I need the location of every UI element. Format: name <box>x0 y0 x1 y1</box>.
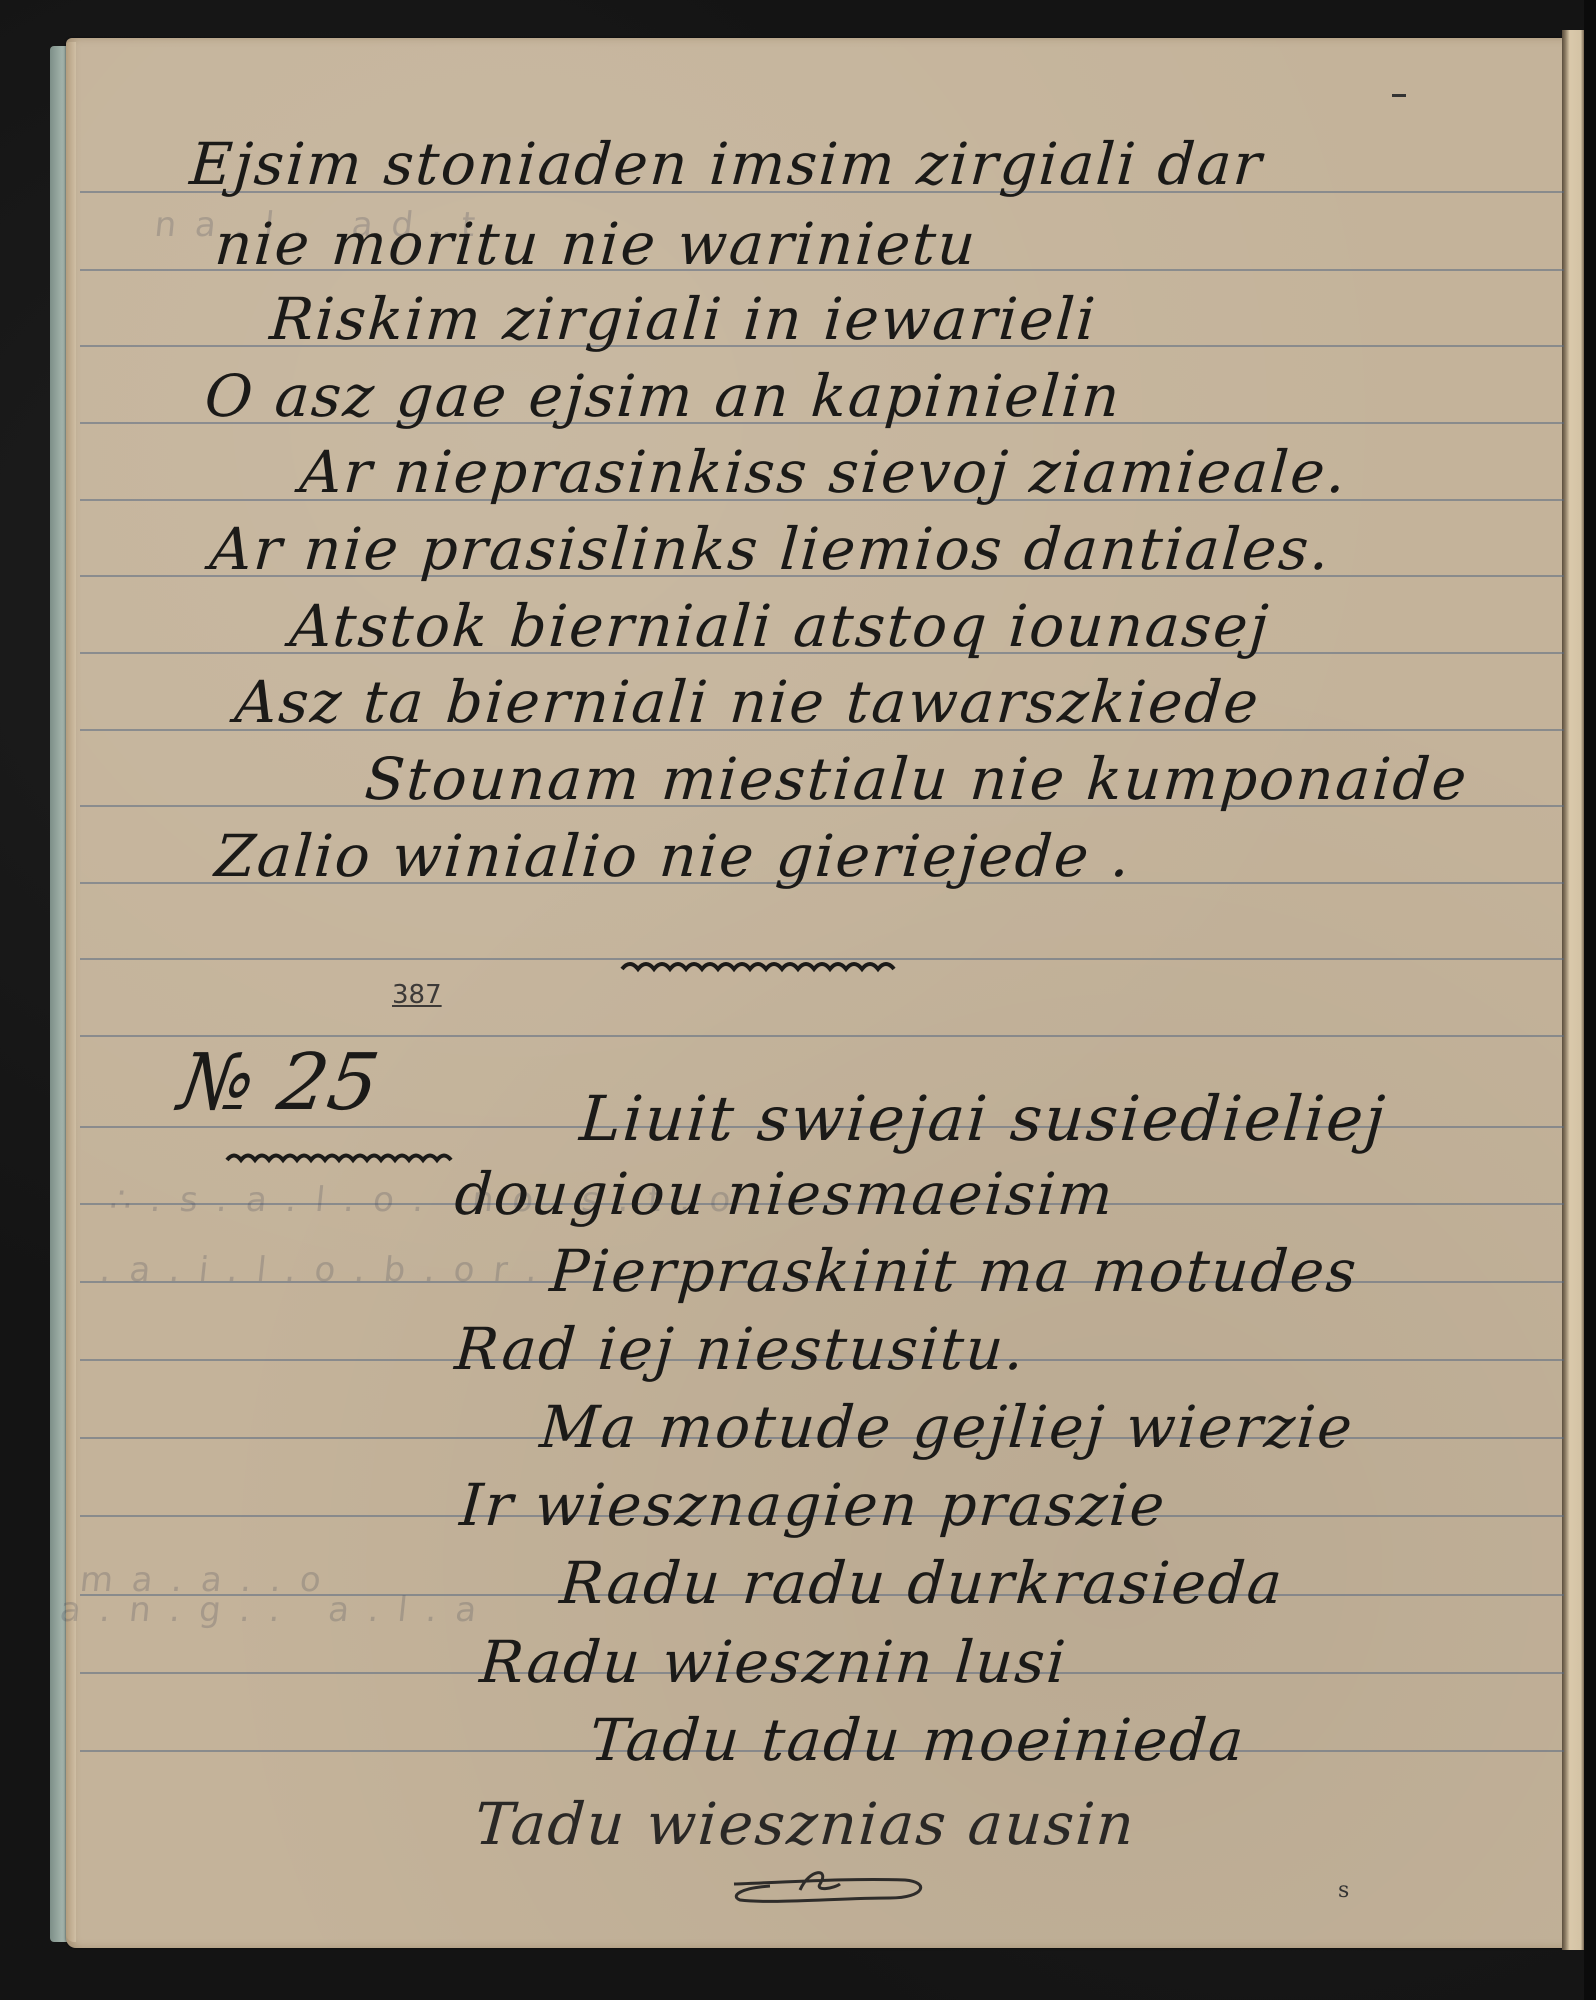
verse-2-line-7: Radu radu durkrasieda <box>558 1549 1286 1617</box>
verse-1-line-9: Stounam miestialu nie kumponaide <box>363 745 1471 813</box>
verse-2-line-2: dougiou niesmaeisim <box>453 1160 1117 1228</box>
verse-1-line-10: Zalio winialio nie gieriejede . <box>213 822 1134 890</box>
section-separator-squiggle <box>620 955 910 977</box>
verse-1-line-6: Ar nie prasislinks liemios dantiales. <box>208 515 1333 583</box>
verse-1-line-2: nie moritu nie warinietu <box>213 210 980 278</box>
scan-border-right <box>1584 0 1596 2000</box>
song-number-label: № 25 <box>174 1038 385 1128</box>
verse-1-line-7: Atstok bierniali atstoq iounasej <box>288 592 1273 660</box>
verse-2-line-5: Ma motude gejliej wierzie <box>538 1393 1357 1461</box>
verse-2-line-4: Rad iej niestusitu. <box>453 1315 1028 1383</box>
closing-flourish <box>730 1868 930 1918</box>
verse-1-line-5: Ar nieprasinkiss sievoj ziamieale. <box>298 438 1350 506</box>
verse-1-line-8: Asz ta bierniali nie tawarszkiede <box>233 668 1263 736</box>
bleed-through-text: a . n . g . . a . l . a <box>58 1590 483 1630</box>
page-left-edge <box>66 42 76 1942</box>
heading-underline-squiggle <box>225 1150 465 1170</box>
margin-tick: s <box>1338 1878 1349 1903</box>
verse-2-line-10: Tadu wiesznias ausin <box>473 1790 1139 1858</box>
verse-1-line-3: Riskim zirgiali in iewarieli <box>268 285 1100 353</box>
verse-2-line-8: Radu wiesznin lusi <box>478 1628 1070 1696</box>
ruled-line <box>80 1035 1564 1037</box>
verse-2-line-9: Tadu tadu moeinieda <box>588 1706 1248 1774</box>
verse-2-line-3: Pierpraskinit ma motudes <box>548 1237 1361 1305</box>
verse-2-line-1: Liuit swiejai susiedieliej <box>577 1082 1388 1155</box>
margin-dash <box>1392 94 1406 97</box>
adjacent-page-edge <box>1562 30 1584 1950</box>
archive-number-annotation: 387 <box>392 980 442 1010</box>
bleed-through-text: . a . i . l . o . b . o r . <box>98 1250 543 1290</box>
verse-1-line-4: O asz gae ejsim an kapinielin <box>203 362 1124 430</box>
verse-2-line-6: Ir wiesznagien praszie <box>458 1471 1169 1539</box>
verse-1-line-1: Ejsim stoniaden imsim zirgiali dar <box>188 130 1266 198</box>
